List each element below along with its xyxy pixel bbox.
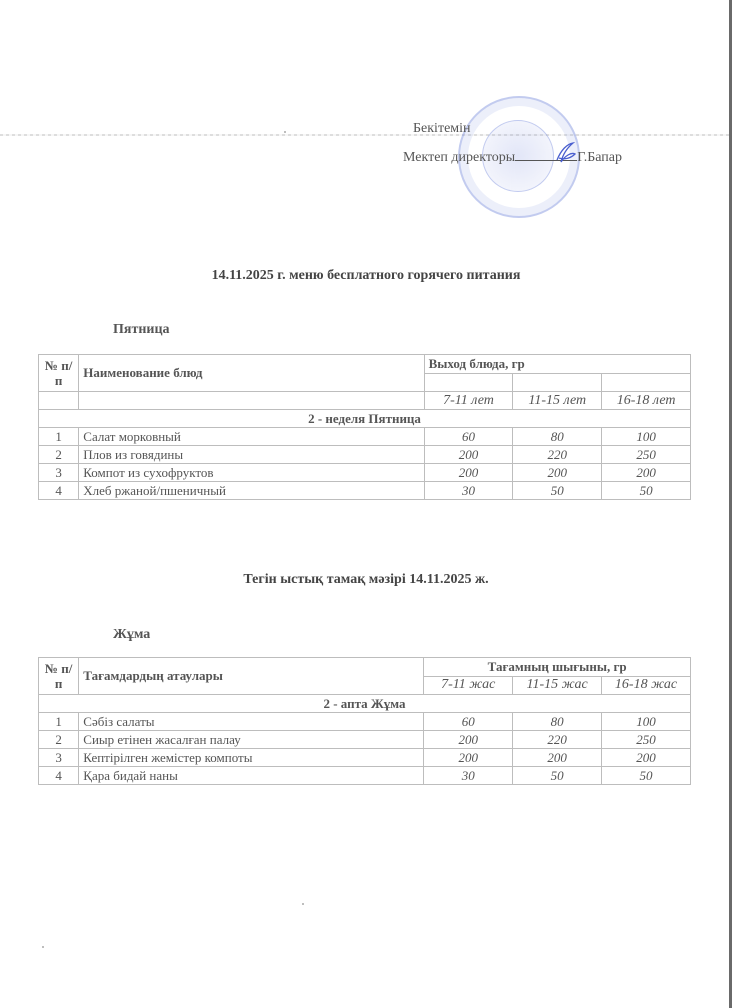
col-name-header: Тағамдардың атаулары	[79, 658, 424, 695]
age-header: 16-18 лет	[602, 392, 691, 410]
kz-day-label: Жұма	[113, 627, 150, 643]
week-label: 2 - апта Жұма	[39, 695, 691, 713]
signature-icon	[553, 140, 579, 166]
ru-menu-title: 14.11.2025 г. меню бесплатного горячего …	[0, 268, 732, 284]
director-name: Г.Бапар	[577, 150, 622, 165]
table-row: 4 Хлеб ржаной/пшеничный 30 50 50	[39, 482, 691, 500]
kz-menu-table: № п/п Тағамдардың атаулары Тағамның шығы…	[38, 657, 691, 785]
age-header: 11-15 жас	[513, 676, 602, 695]
table-row: 3 Кептірілген жемістер компоты 200 200 2…	[39, 749, 691, 767]
table-row: 1 Салат морковный 60 80 100	[39, 428, 691, 446]
table-row: 4 Қара бидай наны 30 50 50	[39, 767, 691, 785]
kz-menu-title: Тегін ыстық тамақ мәзірі 14.11.2025 ж.	[0, 572, 732, 588]
scan-artifact-line	[0, 134, 729, 136]
table-row: 3 Компот из сухофруктов 200 200 200	[39, 464, 691, 482]
table-row: 2 Плов из говядины 200 220 250	[39, 446, 691, 464]
age-header: 7-11 жас	[424, 676, 513, 695]
ru-menu-table: № п/п Наименование блюд Выход блюда, гр …	[38, 354, 691, 500]
col-output-header: Тағамның шығыны, гр	[424, 658, 691, 677]
approve-label: Бекітемін	[413, 121, 471, 137]
ru-day-label: Пятница	[113, 322, 170, 338]
age-header: 16-18 жас	[602, 676, 691, 695]
table-row: 1 Сәбіз салаты 60 80 100	[39, 713, 691, 731]
table-row: 2 Сиыр етінен жасалған палау 200 220 250	[39, 731, 691, 749]
col-output-header: Выход блюда, гр	[424, 355, 690, 374]
week-label: 2 - неделя Пятница	[39, 410, 691, 428]
age-header: 11-15 лет	[513, 392, 602, 410]
col-num-header: № п/п	[39, 658, 79, 695]
director-line: Мектеп директорыГ.Бапар	[403, 148, 622, 166]
col-num-header: № п/п	[39, 355, 79, 392]
age-header: 7-11 лет	[424, 392, 513, 410]
director-label: Мектеп директоры	[403, 150, 515, 165]
col-name-header: Наименование блюд	[79, 355, 424, 392]
